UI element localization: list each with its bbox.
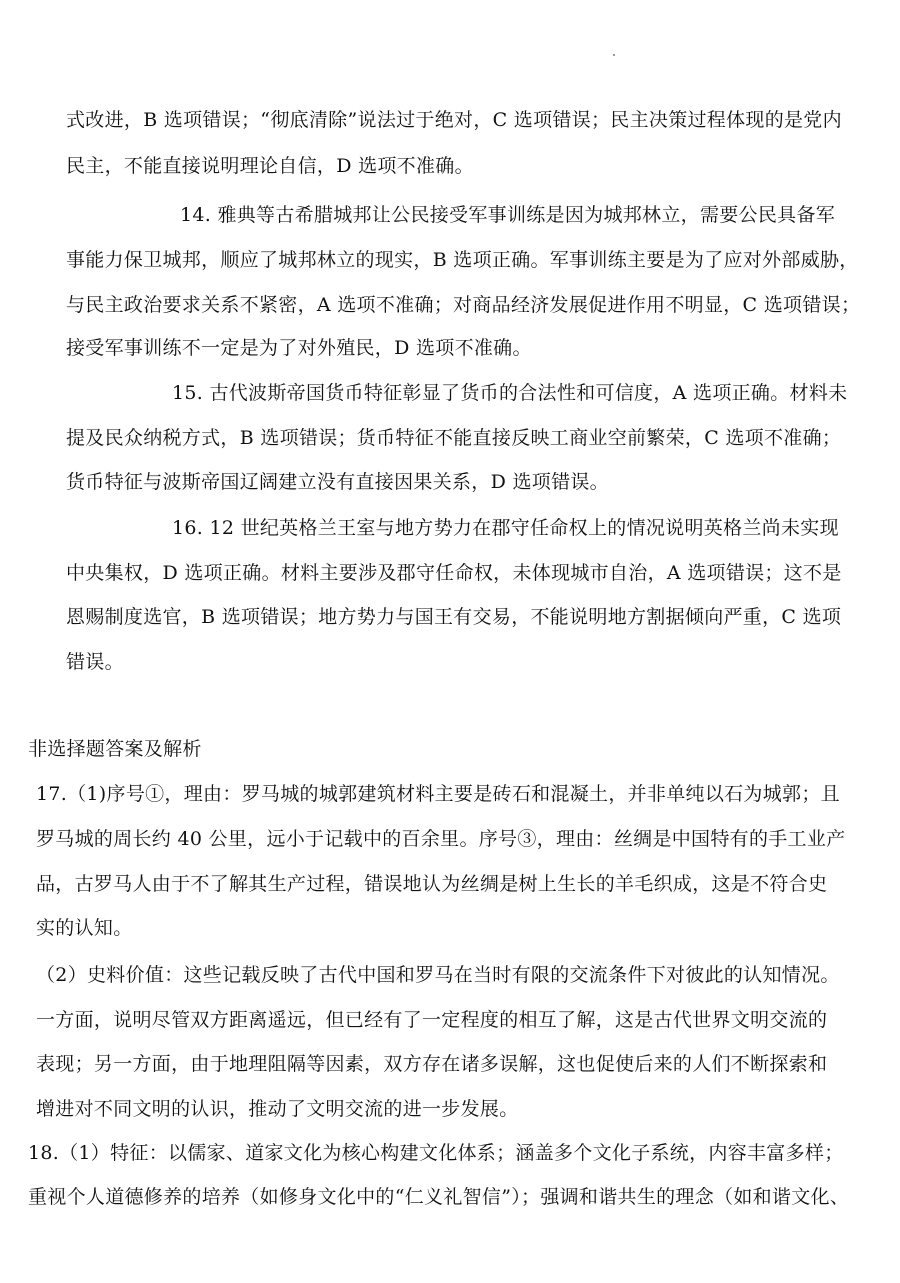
q17-2-line-1: （2）史料价值：这些记载反映了古代中国和罗马在当时有限的交流条件下对彼此的认知情…	[36, 963, 840, 987]
q16-line-2: 中央集权，D 选项正确。材料主要涉及郡守任命权，未体现城市自治，A 选项错误；这…	[66, 561, 842, 585]
q16-line-4: 错误。	[66, 650, 124, 674]
scan-artifact-dot	[613, 54, 615, 56]
q16-line-3: 恩赐制度选官，B 选项错误；地方势力与国王有交易，不能说明地方割据倾向严重，C …	[66, 605, 841, 629]
section-heading: 非选择题答案及解析	[28, 737, 202, 761]
q14-line-2: 事能力保卫城邦，顺应了城邦林立的现实，B 选项正确。军事训练主要是为了应对外部威…	[66, 248, 859, 272]
q15-line-2: 提及民众纳税方式，B 选项错误；货币特征不能直接反映工商业空前繁荣，C 选项不准…	[66, 426, 841, 450]
q17-1-line-4: 实的认知。	[36, 916, 133, 940]
q14-line-1: 14. 雅典等古希腊城邦让公民接受军事训练是因为城邦林立，需要公民具备军	[180, 203, 835, 227]
q15-line-1: 15. 古代波斯帝国货币特征彰显了货币的合法性和可信度，A 选项正确。材料未	[172, 381, 847, 405]
q13-line-2: 民主，不能直接说明理论自信，D 选项不准确。	[66, 154, 474, 178]
q17-1-line-2: 罗马城的周长约 40 公里，远小于记载中的百余里。序号③，理由：丝绸是中国特有的…	[36, 827, 845, 851]
q14-line-4: 接受军事训练不一定是为了对外殖民，D 选项不准确。	[66, 336, 532, 360]
q17-1-line-1: 17.（1)序号①，理由：罗马城的城郭建筑材料主要是砖石和混凝土，并非单纯以石为…	[36, 782, 840, 806]
q15-line-3: 货币特征与波斯帝国辽阔建立没有直接因果关系，D 选项错误。	[66, 470, 609, 494]
q16-line-1: 16. 12 世纪英格兰王室与地方势力在郡守任命权上的情况说明英格兰尚未实现	[172, 516, 839, 540]
q14-line-3: 与民主政治要求关系不紧密，A 选项不准确；对商品经济发展促进作用不明显，C 选项…	[66, 293, 860, 317]
q17-2-line-4: 增进对不同文明的认识，推动了文明交流的进一步发展。	[36, 1097, 519, 1121]
q18-1-line-2: 重视个人道德修养的培养（如修身文化中的“仁义礼智信”）；强调和谐共生的理念（如和…	[28, 1185, 849, 1209]
q17-2-line-2: 一方面，说明尽管双方距离遥远，但已经有了一定程度的相互了解，这是古代世界文明交流…	[36, 1008, 827, 1032]
q17-2-line-3: 表现；另一方面，由于地理阻隔等因素，双方存在诸多误解，这也促使后来的人们不断探索…	[36, 1052, 827, 1076]
q13-line-1: 式改进，B 选项错误；“彻底清除”说法过于绝对，C 选项错误；民主决策过程体现的…	[66, 108, 842, 132]
q17-1-line-3: 品，古罗马人由于不了解其生产过程，错误地认为丝绸是树上生长的羊毛织成，这是不符合…	[36, 872, 827, 896]
q18-1-line-1: 18.（1）特征：以儒家、道家文化为核心构建文化体系；涵盖多个文化子系统，内容丰…	[28, 1141, 844, 1165]
